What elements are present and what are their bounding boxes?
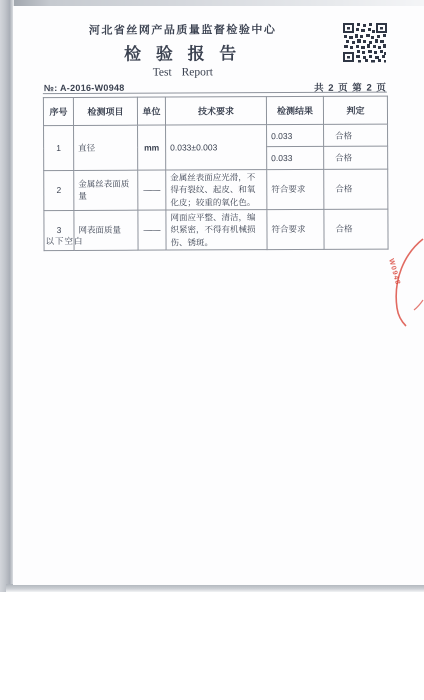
report-subtitle-english: Test Report	[43, 66, 323, 79]
table-row: 3 网表面质量 —— 网面应平整、清洁，编织紧密，不得有机械损伤、锈斑。 符合要…	[44, 209, 388, 250]
cell-item: 直径	[74, 125, 138, 170]
cell-judgment: 合格	[324, 124, 388, 146]
cell-judgment: 合格	[324, 169, 388, 209]
col-header-unit: 单位	[137, 97, 165, 125]
cell-serial: 2	[44, 170, 74, 210]
cell-result: 符合要求	[267, 169, 324, 209]
qr-code-icon	[342, 22, 388, 63]
report-number: №: A-2016-W0948	[44, 83, 125, 93]
col-header-requirement: 技术要求	[165, 97, 266, 125]
test-results-table: 序号 检测项目 单位 技术要求 检测结果 判定 1 直径 mm 0.033±0.…	[43, 96, 389, 251]
cell-judgment: 合格	[324, 146, 388, 169]
table-row: 2 金属丝表面质量 —— 金属丝表面应光滑，不得有裂纹、起皮、和氧化皮；较重的氧…	[44, 169, 388, 210]
cell-unit: mm	[138, 125, 166, 170]
cell-serial: 1	[44, 125, 74, 170]
organization-name: 河北省丝网产品质量监督检验中心	[43, 21, 323, 38]
cell-requirement: 网面应平整、清洁，编织紧密，不得有机械损伤、锈斑。	[166, 210, 267, 250]
col-header-result: 检测结果	[266, 96, 323, 124]
cell-requirement: 金属丝表面应光滑，不得有裂纹、起皮、和氧化皮；较重的氧化色。	[166, 170, 267, 210]
col-header-serial: 序号	[43, 97, 73, 125]
table-header-row: 序号 检测项目 单位 技术要求 检测结果 判定	[43, 96, 387, 126]
table-row: 1 直径 mm 0.033±0.003 0.033 合格	[44, 124, 388, 148]
red-stamp-arc	[384, 236, 424, 328]
document-content: 河北省丝网产品质量监督检验中心 检 验 报 告 Test Report №: A…	[0, 0, 424, 600]
report-number-label: №:	[44, 83, 58, 93]
cell-judgment: 合格	[324, 209, 388, 249]
report-title: 检 验 报 告	[43, 39, 323, 65]
col-header-item: 检测项目	[73, 97, 137, 125]
blank-below-note: 以下空白	[46, 235, 84, 247]
cell-result: 0.033	[267, 124, 324, 146]
cell-item: 金属丝表面质量	[74, 170, 138, 210]
cell-result: 0.033	[267, 146, 324, 169]
cell-unit: ——	[138, 210, 166, 250]
report-number-value: A-2016-W0948	[60, 83, 125, 93]
cell-result: 符合要求	[267, 209, 324, 249]
cell-requirement: 0.033±0.003	[166, 125, 267, 170]
col-header-judgment: 判定	[323, 96, 387, 124]
cell-unit: ——	[138, 170, 166, 210]
